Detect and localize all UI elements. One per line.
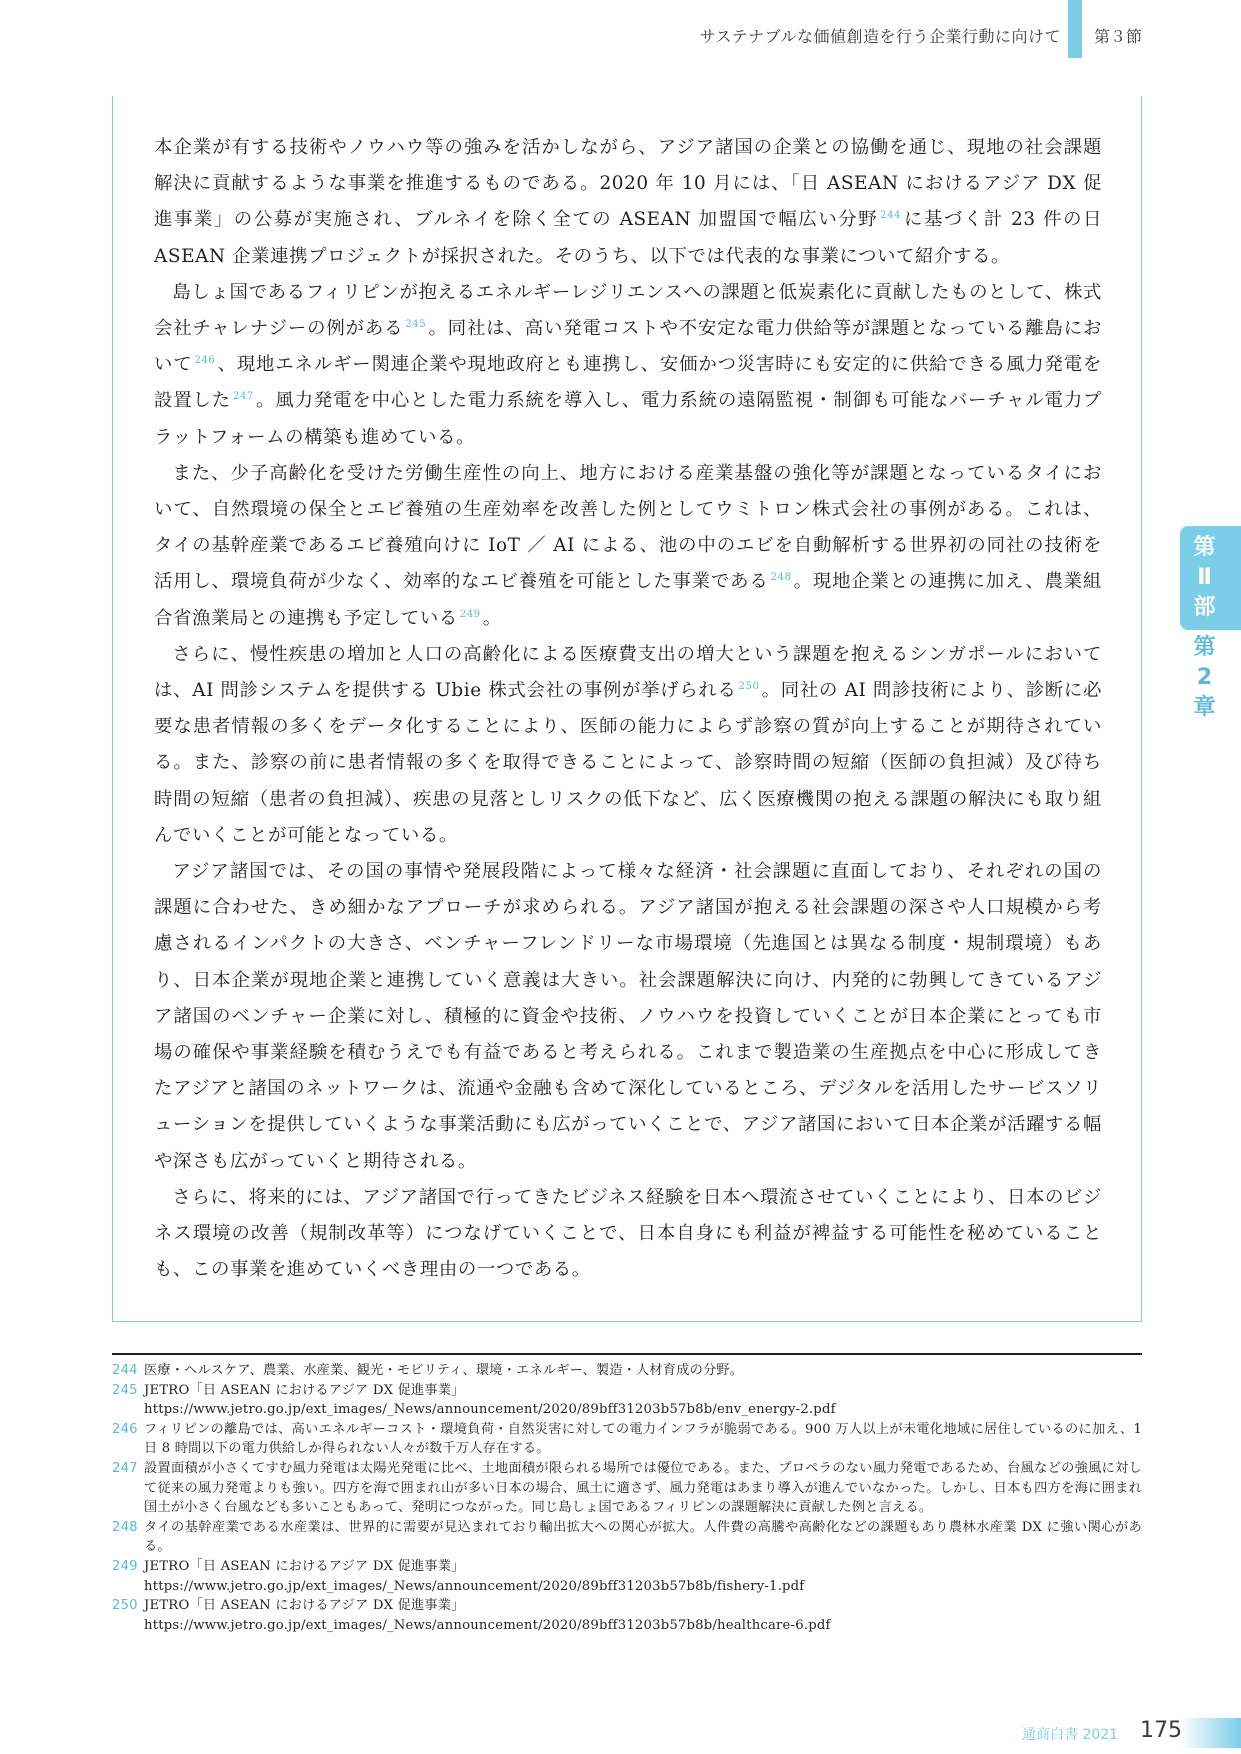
paragraph: また、少子高齢化を受けた労働生産性の向上、地方における産業基盤の強化等が課題とな… xyxy=(154,456,1102,637)
footnote-text: JETRO「日 ASEAN におけるアジア DX 促進事業」 xyxy=(144,1381,1142,1401)
header-accent-bar xyxy=(1068,0,1082,58)
page-footer: 通商白書 2021 175 xyxy=(1000,1718,1241,1748)
footnote: 247設置面積が小さくてすむ風力発電は太陽光発電に比べ、土地面積が限られる場所で… xyxy=(112,1459,1142,1518)
part-tab-char: 第 xyxy=(1193,533,1215,563)
chapter-tab-char: 2 xyxy=(1197,663,1212,693)
footnote-body: JETRO「日 ASEAN におけるアジア DX 促進事業」https://ww… xyxy=(144,1596,1142,1635)
footnote-url[interactable]: https://www.jetro.go.jp/ext_images/_News… xyxy=(144,1616,1142,1636)
footnote: 248タイの基幹産業である水産業は、世界的に需要が見込まれており輸出拡大への関心… xyxy=(112,1518,1142,1557)
footnote-reference[interactable]: 247 xyxy=(233,391,254,402)
running-title: サステナブルな価値創造を行う企業行動に向けて xyxy=(700,24,1061,47)
paragraph-text: 。 xyxy=(483,608,502,629)
body-text: 本企業が有する技術やノウハウ等の強みを活かしながら、アジア諸国の企業との協働を通… xyxy=(154,130,1102,1289)
footnote-text: JETRO「日 ASEAN におけるアジア DX 促進事業」 xyxy=(144,1596,1142,1616)
footnote-body: 医療・ヘルスケア、農業、水産業、観光・モビリティ、環境・エネルギー、製造・人材育… xyxy=(144,1361,1142,1381)
footnote-number: 246 xyxy=(112,1420,144,1459)
footnote-reference[interactable]: 248 xyxy=(771,572,792,583)
paragraph: 島しょ国であるフィリピンが抱えるエネルギーレジリエンスへの課題と低炭素化に貢献し… xyxy=(154,275,1102,456)
footer-accent-bar xyxy=(1180,1718,1241,1748)
footnote-reference[interactable]: 245 xyxy=(405,319,426,330)
part-tab[interactable]: 第 Ⅱ 部 xyxy=(1180,526,1241,630)
footnote-body: フィリピンの離島では、高いエネルギーコスト・環境負荷・自然災害に対しての電力イン… xyxy=(144,1420,1142,1459)
paragraph: さらに、将来的には、アジア諸国で行ってきたビジネス経験を日本へ環流させていくこと… xyxy=(154,1180,1102,1289)
paragraph-text: さらに、将来的には、アジア諸国で行ってきたビジネス経験を日本へ環流させていくこと… xyxy=(154,1187,1102,1280)
footnote-body: 設置面積が小さくてすむ風力発電は太陽光発電に比べ、土地面積が限られる場所では優位… xyxy=(144,1459,1142,1518)
footnote-number: 244 xyxy=(112,1361,144,1381)
footnote-number: 250 xyxy=(112,1596,144,1635)
footnote: 249JETRO「日 ASEAN におけるアジア DX 促進事業」https:/… xyxy=(112,1557,1142,1596)
footnote-url[interactable]: https://www.jetro.go.jp/ext_images/_News… xyxy=(144,1577,1142,1597)
footnote-body: JETRO「日 ASEAN におけるアジア DX 促進事業」https://ww… xyxy=(144,1381,1142,1420)
footnote-text: 医療・ヘルスケア、農業、水産業、観光・モビリティ、環境・エネルギー、製造・人材育… xyxy=(144,1361,1142,1381)
chapter-tab[interactable]: 第 2 章 xyxy=(1180,632,1241,724)
footnote-url[interactable]: https://www.jetro.go.jp/ext_images/_News… xyxy=(144,1400,1142,1420)
footnote-number: 249 xyxy=(112,1557,144,1596)
footnote-reference[interactable]: 244 xyxy=(880,210,901,221)
paragraph: アジア諸国では、その国の事情や発展段階によって様々な経済・社会課題に直面しており… xyxy=(154,854,1102,1180)
footnote-text: JETRO「日 ASEAN におけるアジア DX 促進事業」 xyxy=(144,1557,1142,1577)
footnote-number: 248 xyxy=(112,1518,144,1557)
footnote-reference[interactable]: 246 xyxy=(194,355,215,366)
publication-name: 通商白書 2021 xyxy=(1022,1724,1118,1744)
footnote-body: タイの基幹産業である水産業は、世界的に需要が見込まれており輸出拡大への関心が拡大… xyxy=(144,1518,1142,1557)
footnote-text: 設置面積が小さくてすむ風力発電は太陽光発電に比べ、土地面積が限られる場所では優位… xyxy=(144,1459,1142,1518)
part-tab-char: Ⅱ xyxy=(1197,563,1212,593)
paragraph: さらに、慢性疾患の増加と人口の高齢化による医療費支出の増大という課題を抱えるシン… xyxy=(154,637,1102,854)
footnote-reference[interactable]: 250 xyxy=(739,681,760,692)
footnotes: 244医療・ヘルスケア、農業、水産業、観光・モビリティ、環境・エネルギー、製造・… xyxy=(112,1361,1142,1635)
paragraph: 本企業が有する技術やノウハウ等の強みを活かしながら、アジア諸国の企業との協働を通… xyxy=(154,130,1102,275)
footnote: 250JETRO「日 ASEAN におけるアジア DX 促進事業」https:/… xyxy=(112,1596,1142,1635)
part-tab-char: 部 xyxy=(1193,593,1215,623)
footnote-divider xyxy=(112,1353,1142,1355)
paragraph-text: 。風力発電を中心とした電力系統を導入し、電力系統の遠隔監視・制御も可能なバーチャ… xyxy=(154,390,1102,447)
chapter-tab-char: 章 xyxy=(1193,693,1215,723)
footnote-text: タイの基幹産業である水産業は、世界的に需要が見込まれており輸出拡大への関心が拡大… xyxy=(144,1518,1142,1557)
paragraph-text: 。同社の AI 問診技術により、診断に必要な患者情報の多くをデータ化することによ… xyxy=(154,680,1102,846)
chapter-tab-char: 第 xyxy=(1193,633,1215,663)
footnote-text: フィリピンの離島では、高いエネルギーコスト・環境負荷・自然災害に対しての電力イン… xyxy=(144,1420,1142,1459)
page-number: 175 xyxy=(1140,1718,1182,1743)
footnote-number: 245 xyxy=(112,1381,144,1420)
footnote: 246フィリピンの離島では、高いエネルギーコスト・環境負荷・自然災害に対しての電… xyxy=(112,1420,1142,1459)
footnote-number: 247 xyxy=(112,1459,144,1518)
footnote-reference[interactable]: 249 xyxy=(460,609,481,620)
footnote-body: JETRO「日 ASEAN におけるアジア DX 促進事業」https://ww… xyxy=(144,1557,1142,1596)
paragraph-text: アジア諸国では、その国の事情や発展段階によって様々な経済・社会課題に直面しており… xyxy=(154,861,1102,1172)
footnote: 244医療・ヘルスケア、農業、水産業、観光・モビリティ、環境・エネルギー、製造・… xyxy=(112,1361,1142,1381)
section-label: 第３節 xyxy=(1094,24,1142,47)
page-header: サステナブルな価値創造を行う企業行動に向けて 第３節 xyxy=(0,0,1241,58)
footnote: 245JETRO「日 ASEAN におけるアジア DX 促進事業」https:/… xyxy=(112,1381,1142,1420)
